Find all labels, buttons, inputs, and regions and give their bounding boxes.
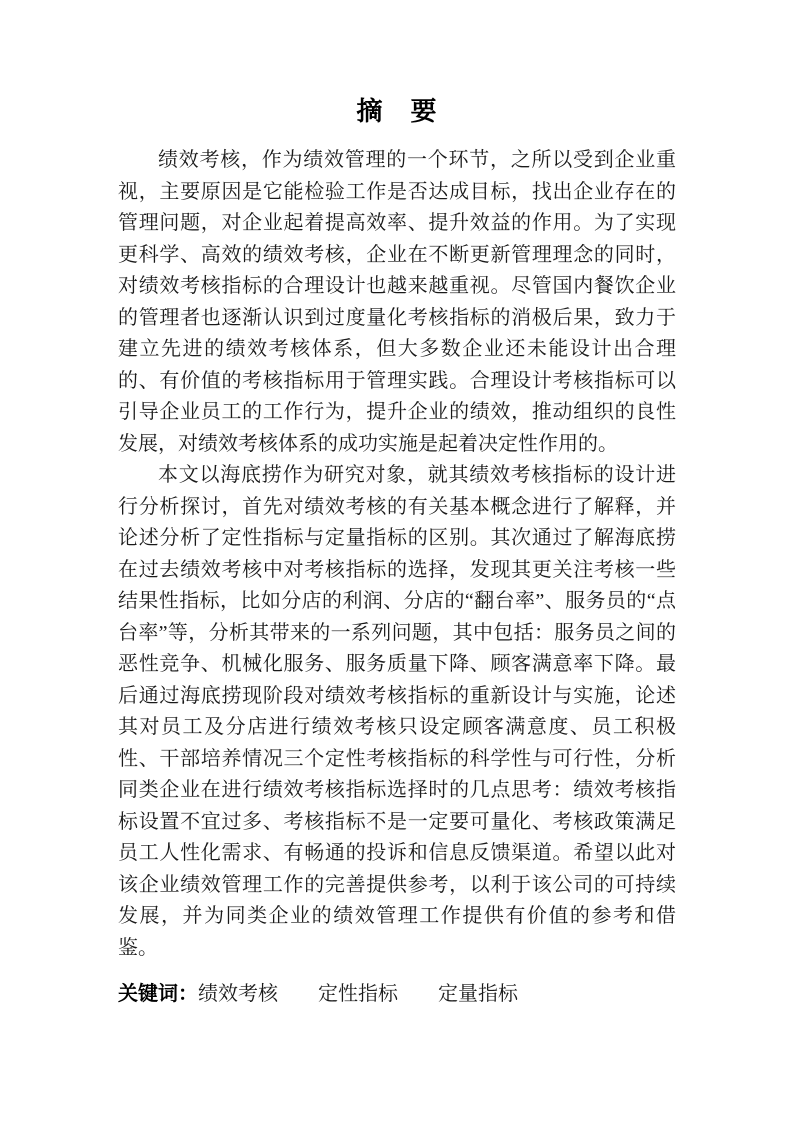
- keyword-term: 定性指标: [318, 983, 398, 1005]
- keyword-term: 定量指标: [438, 983, 518, 1005]
- abstract-title: 摘 要: [118, 96, 676, 128]
- abstract-paragraph-2: 本文以海底捞作为研究对象，就其绩效考核指标的设计进行分析探讨，首先对绩效考核的有…: [118, 460, 676, 964]
- document-page: 摘 要 绩效考核，作为绩效管理的一个环节，之所以受到企业重视，主要原因是它能检验…: [0, 0, 793, 1122]
- keywords-label: 关键词：: [118, 983, 198, 1005]
- keyword-term: 绩效考核: [198, 983, 278, 1005]
- keywords-line: 关键词：绩效考核定性指标定量指标: [118, 979, 676, 1011]
- abstract-paragraph-1: 绩效考核，作为绩效管理的一个环节，之所以受到企业重视，主要原因是它能检验工作是否…: [118, 145, 676, 460]
- abstract-body: 绩效考核，作为绩效管理的一个环节，之所以受到企业重视，主要原因是它能检验工作是否…: [118, 145, 676, 964]
